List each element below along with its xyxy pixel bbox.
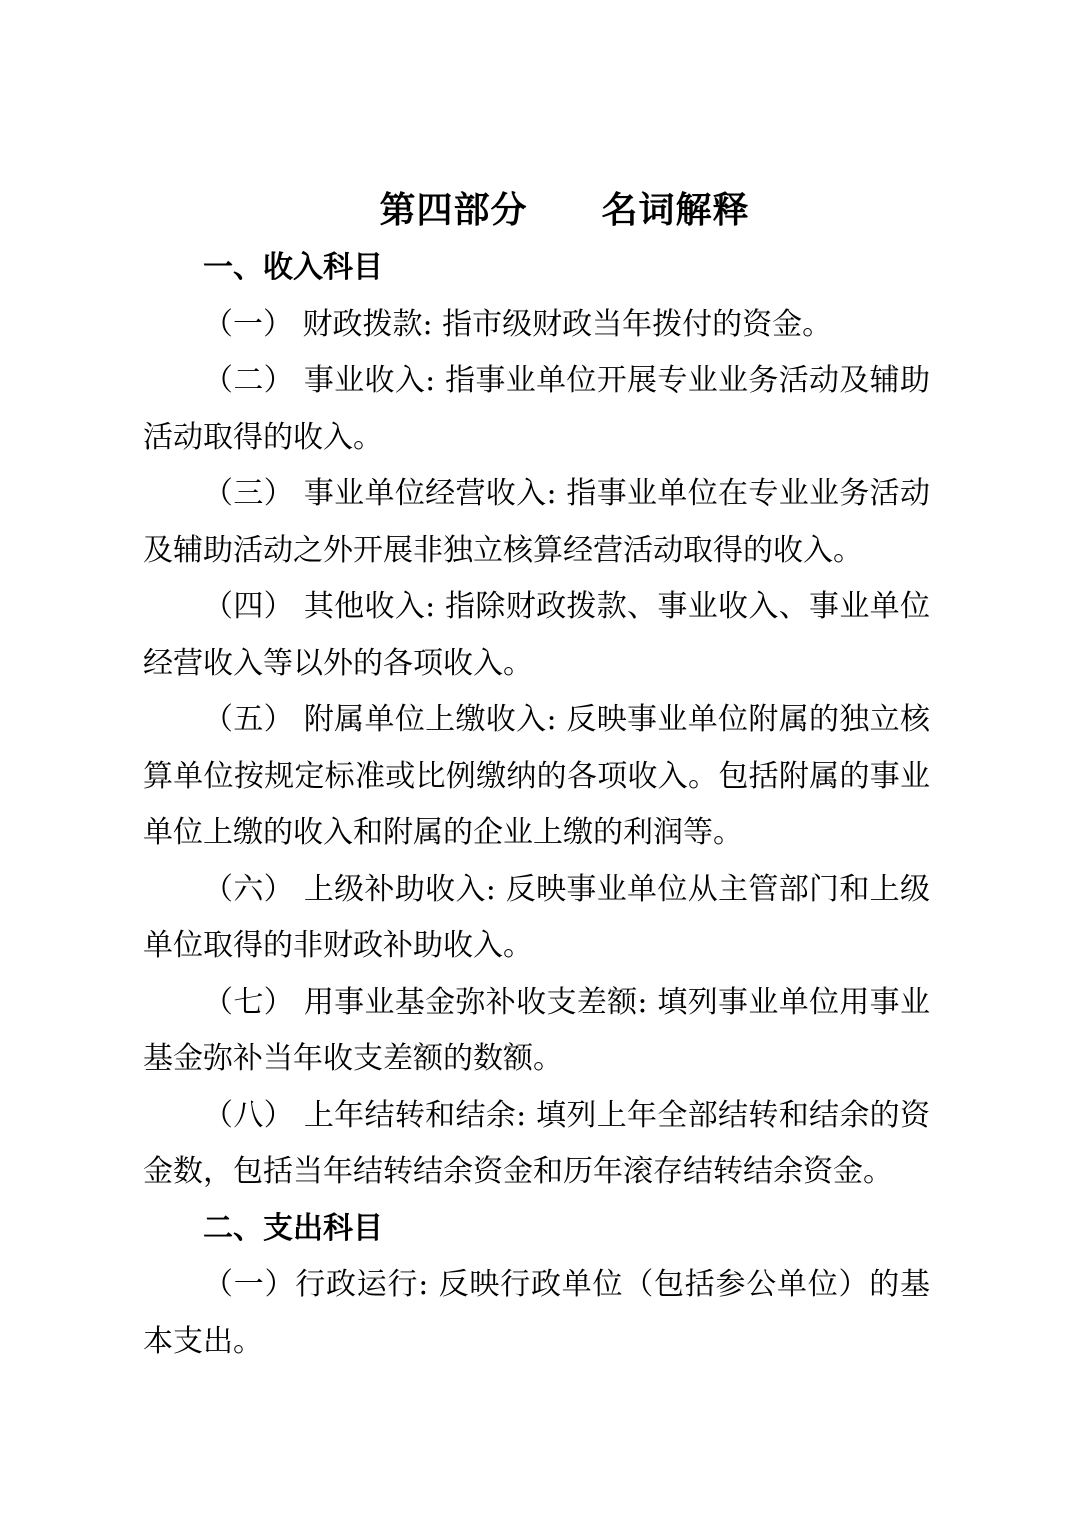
definition-item-income-2: （二） 事业收入: 指事业单位开展专业业务活动及辅助活动取得的收入。 xyxy=(143,353,930,466)
section-heading-income: 一、收入科目 xyxy=(143,240,930,297)
definition-item-income-8: （八） 上年结转和结余: 填列上年全部结转和结余的资金数，包括当年结转结余资金和… xyxy=(143,1088,930,1201)
definition-item-income-7: （七） 用事业基金弥补收支差额: 填列事业单位用事业基金弥补当年收支差额的数额。 xyxy=(143,975,930,1088)
document-title: 第四部分 名词解释 xyxy=(143,182,930,240)
definition-item-income-6: （六） 上级补助收入: 反映事业单位从主管部门和上级单位取得的非财政补助收入。 xyxy=(143,862,930,975)
document-body: 一、收入科目 （一） 财政拨款: 指市级财政当年拨付的资金。 （二） 事业收入:… xyxy=(143,240,930,1370)
definition-item-income-4: （四） 其他收入: 指除财政拨款、事业收入、事业单位经营收入等以外的各项收入。 xyxy=(143,579,930,692)
definition-item-income-1: （一） 财政拨款: 指市级财政当年拨付的资金。 xyxy=(143,297,930,354)
definition-item-income-5: （五） 附属单位上缴收入: 反映事业单位附属的独立核算单位按规定标准或比例缴纳的… xyxy=(143,692,930,862)
section-heading-expenditure: 二、支出科目 xyxy=(143,1201,930,1258)
document-page: 第四部分 名词解释 一、收入科目 （一） 财政拨款: 指市级财政当年拨付的资金。… xyxy=(0,0,1074,1520)
definition-item-income-3: （三） 事业单位经营收入: 指事业单位在专业业务活动及辅助活动之外开展非独立核算… xyxy=(143,466,930,579)
definition-item-expenditure-1: （一）行政运行: 反映行政单位（包括参公单位）的基本支出。 xyxy=(143,1257,930,1370)
